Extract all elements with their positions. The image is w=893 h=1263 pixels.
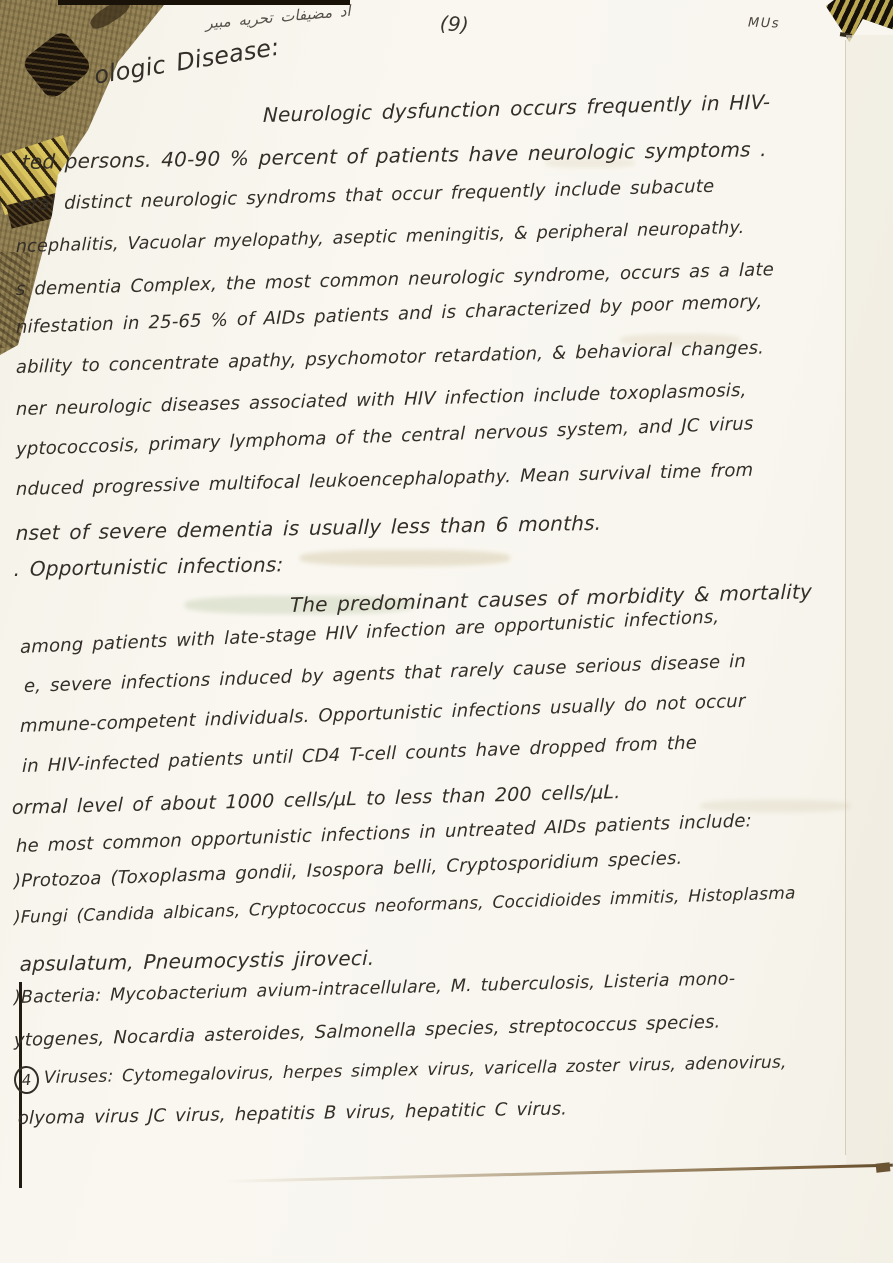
- handwritten-line: The predominant causes of morbidity & mo…: [290, 579, 812, 617]
- scan-top-edge-band: [58, 0, 350, 5]
- arabic-annotation: اد مضيفات تحريه مبير: [204, 2, 351, 33]
- handwritten-line: ytogenes, Nocardia asteroides, Salmonell…: [14, 1011, 721, 1051]
- handwritten-line: eral distinct neurologic syndroms that o…: [20, 176, 715, 215]
- handwritten-line: olyoma virus JC virus, hepatitis B virus…: [18, 1098, 568, 1129]
- page-edge-line: [845, 40, 846, 1155]
- circled-list-number: 4: [13, 1065, 40, 1095]
- underlying-sheet: [846, 35, 893, 1165]
- handwritten-line: e, severe infections induced by agents t…: [24, 651, 746, 697]
- handwritten-line: nifestation in 25-65 % of AIDs patients …: [16, 291, 762, 338]
- handwritten-line: ability to concentrate apathy, psychomot…: [16, 337, 764, 378]
- handwritten-line: nduced progressive multifocal leukoencep…: [16, 460, 754, 500]
- handwritten-line: ner neurologic diseases associated with …: [16, 380, 747, 420]
- scanned-document-page: اد مضيفات تحريه مبير (9) MUs ologic Dise…: [0, 0, 893, 1263]
- page-number: (9): [439, 11, 470, 37]
- handwritten-line: )Bacteria: Mycobacterium avium-intracell…: [14, 969, 736, 1008]
- handwritten-line: ncephalitis, Vacuolar myelopathy, asepti…: [16, 218, 745, 257]
- handwritten-line: mmune-competent individuals. Opportunist…: [20, 691, 745, 737]
- corner-note: MUs: [748, 15, 781, 31]
- handwritten-line: ted persons. 40-90 % percent of patients…: [22, 137, 767, 174]
- handwritten-line: yptococcosis, primary lymphoma of the ce…: [16, 413, 753, 460]
- carpet-dark-motif: [20, 29, 93, 102]
- handwritten-line: Neurologic dysfunction occurs frequently…: [263, 90, 771, 127]
- handwritten-line: )Fungi (Candida albicans, Cryptococcus n…: [14, 883, 796, 928]
- handwritten-line: )Protozoa (Toxoplasma gondii, Isospora b…: [14, 848, 682, 892]
- handwritten-line: . Opportunistic infections:: [14, 552, 284, 581]
- bottom-sheet-edge: [225, 1164, 893, 1183]
- handwritten-line: apsulatum, Pneumocystis jiroveci.: [20, 946, 375, 976]
- handwritten-line: Viruses: Cytomegalovirus, herpes simplex…: [44, 1052, 787, 1088]
- bleed-through-smudge: [300, 550, 510, 566]
- handwritten-line: nset of severe dementia is usually less …: [16, 511, 602, 545]
- handwritten-line: in HIV-infected patients until CD4 T-cel…: [22, 732, 697, 777]
- bottom-sheet-edge-end: [876, 1162, 891, 1172]
- handwritten-line: ormal level of about 1000 cells/µL to le…: [12, 781, 621, 819]
- bleed-through-smudge: [700, 800, 850, 812]
